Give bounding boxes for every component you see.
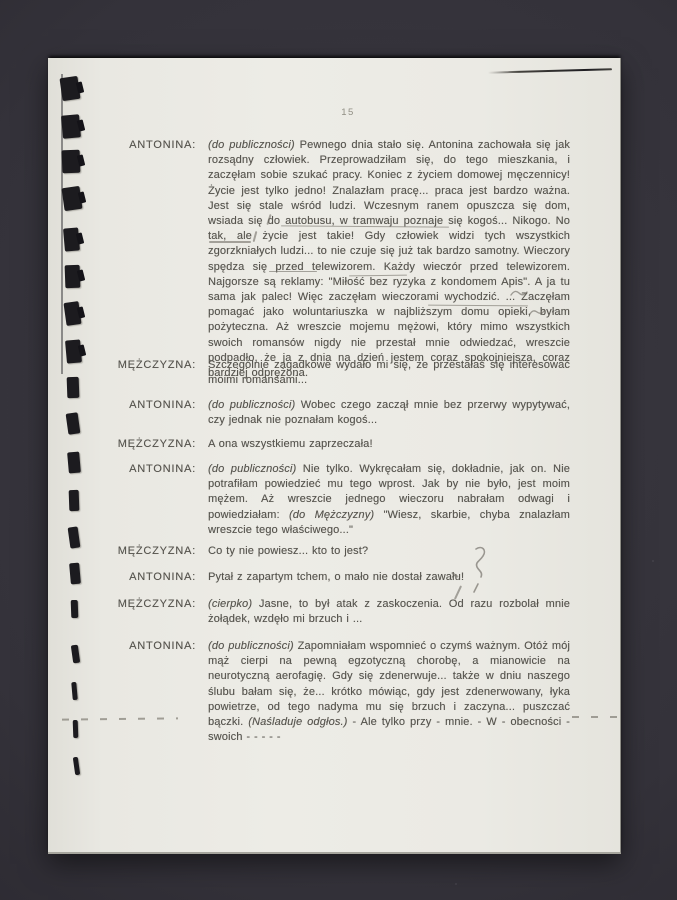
dialogue-entry: MĘŻCZYZNA:(cierpko) Jasne, to był atak z… [48, 597, 570, 627]
stage-direction: (do Mężczyzny) [289, 509, 374, 521]
speech-text: (do publiczności) Nie tylko. Wykręcałam … [208, 462, 570, 538]
speech-text: (cierpko) Jasne, to był atak z zaskoczen… [208, 597, 570, 627]
speech-run: Szczególnie zagadkowe wydało mi się, że … [208, 359, 570, 386]
pen-tilde-mark [529, 307, 545, 317]
stage-direction: (do publiczności) [208, 139, 295, 151]
speech-text: Co ty nie powiesz... kto to jest? [208, 544, 570, 559]
pen-question-squiggle [462, 544, 490, 594]
dialogue-entry: ANTONINA:(do publiczności) Nie tylko. Wy… [48, 462, 570, 538]
scan-background: 15 ANTONINA:(do publiczności) Pewnego dn… [0, 0, 677, 900]
dialogue-entry: ANTONINA:(do publiczności) Wobec czego z… [48, 398, 570, 428]
document-page: 15 ANTONINA:(do publiczności) Pewnego dn… [48, 58, 621, 854]
dialogue-entry: MĘŻCZYZNA:Co ty nie powiesz... kto to je… [48, 544, 570, 559]
pen-dot-mark [446, 264, 449, 267]
speaker-label: ANTONINA: [48, 138, 196, 153]
speech-run: Jasne, to był atak z zaskoczenia. Od raz… [208, 598, 570, 625]
speaker-label: ANTONINA: [48, 570, 196, 585]
speech-text: Szczególnie zagadkowe wydało mi się, że … [208, 358, 570, 388]
speaker-label: MĘŻCZYZNA: [48, 358, 196, 373]
dust-speck [455, 883, 457, 885]
pen-tilde-mark [510, 288, 528, 298]
pen-dashed-line-right [572, 716, 628, 718]
speech-text: Pytał z zapartym tchem, o mało nie dosta… [208, 570, 570, 585]
speaker-label: MĘŻCZYZNA: [48, 544, 196, 559]
speaker-label: MĘŻCZYZNA: [48, 597, 196, 612]
speaker-label: ANTONINA: [48, 639, 196, 654]
pen-underline-mark [209, 241, 251, 243]
dialogue-entry: ANTONINA:(do publiczności) Zapomniałam w… [48, 639, 570, 745]
dialogue-area: ANTONINA:(do publiczności) Pewnego dnia … [48, 58, 620, 852]
stage-direction: (do publiczności) [208, 640, 294, 652]
speaker-label: ANTONINA: [48, 462, 196, 477]
dialogue-entry: MĘŻCZYZNA:A ona wszystkiemu zaprzeczała! [48, 437, 570, 452]
speech-run: Pewnego dnia stało się. Antonina zachowa… [208, 139, 570, 379]
speech-run: Pytał z zapartym tchem, o mało nie dosta… [208, 571, 464, 583]
speech-text: (do publiczności) Wobec czego zaczął mni… [208, 398, 570, 428]
dialogue-entry: MĘŻCZYZNA:Szczególnie zagadkowe wydało m… [48, 358, 570, 388]
speech-text: A ona wszystkiemu zaprzeczała! [208, 437, 570, 452]
speech-text: (do publiczności) Zapomniałam wspomnieć … [208, 639, 570, 745]
dust-speck [652, 560, 654, 562]
stage-direction: (Naśladuje odgłos.) [248, 716, 347, 728]
dialogue-entry: ANTONINA:Pytał z zapartym tchem, o mało … [48, 570, 570, 585]
stage-direction: (cierpko) [208, 598, 252, 610]
speech-run: Co ty nie powiesz... kto to jest? [208, 545, 368, 557]
stage-direction: (do publiczności) [208, 463, 296, 475]
speaker-label: MĘŻCZYZNA: [48, 437, 196, 452]
speech-run: A ona wszystkiemu zaprzeczała! [208, 438, 373, 450]
stage-direction: (do publiczności) [208, 399, 295, 411]
speech-run: Zapomniałam wspomnieć o czymś ważnym. Ot… [208, 640, 570, 728]
speech-text: (do publiczności) Pewnego dnia stało się… [208, 138, 570, 381]
dialogue-entry: ANTONINA:(do publiczności) Pewnego dnia … [48, 138, 570, 381]
speaker-label: ANTONINA: [48, 398, 196, 413]
